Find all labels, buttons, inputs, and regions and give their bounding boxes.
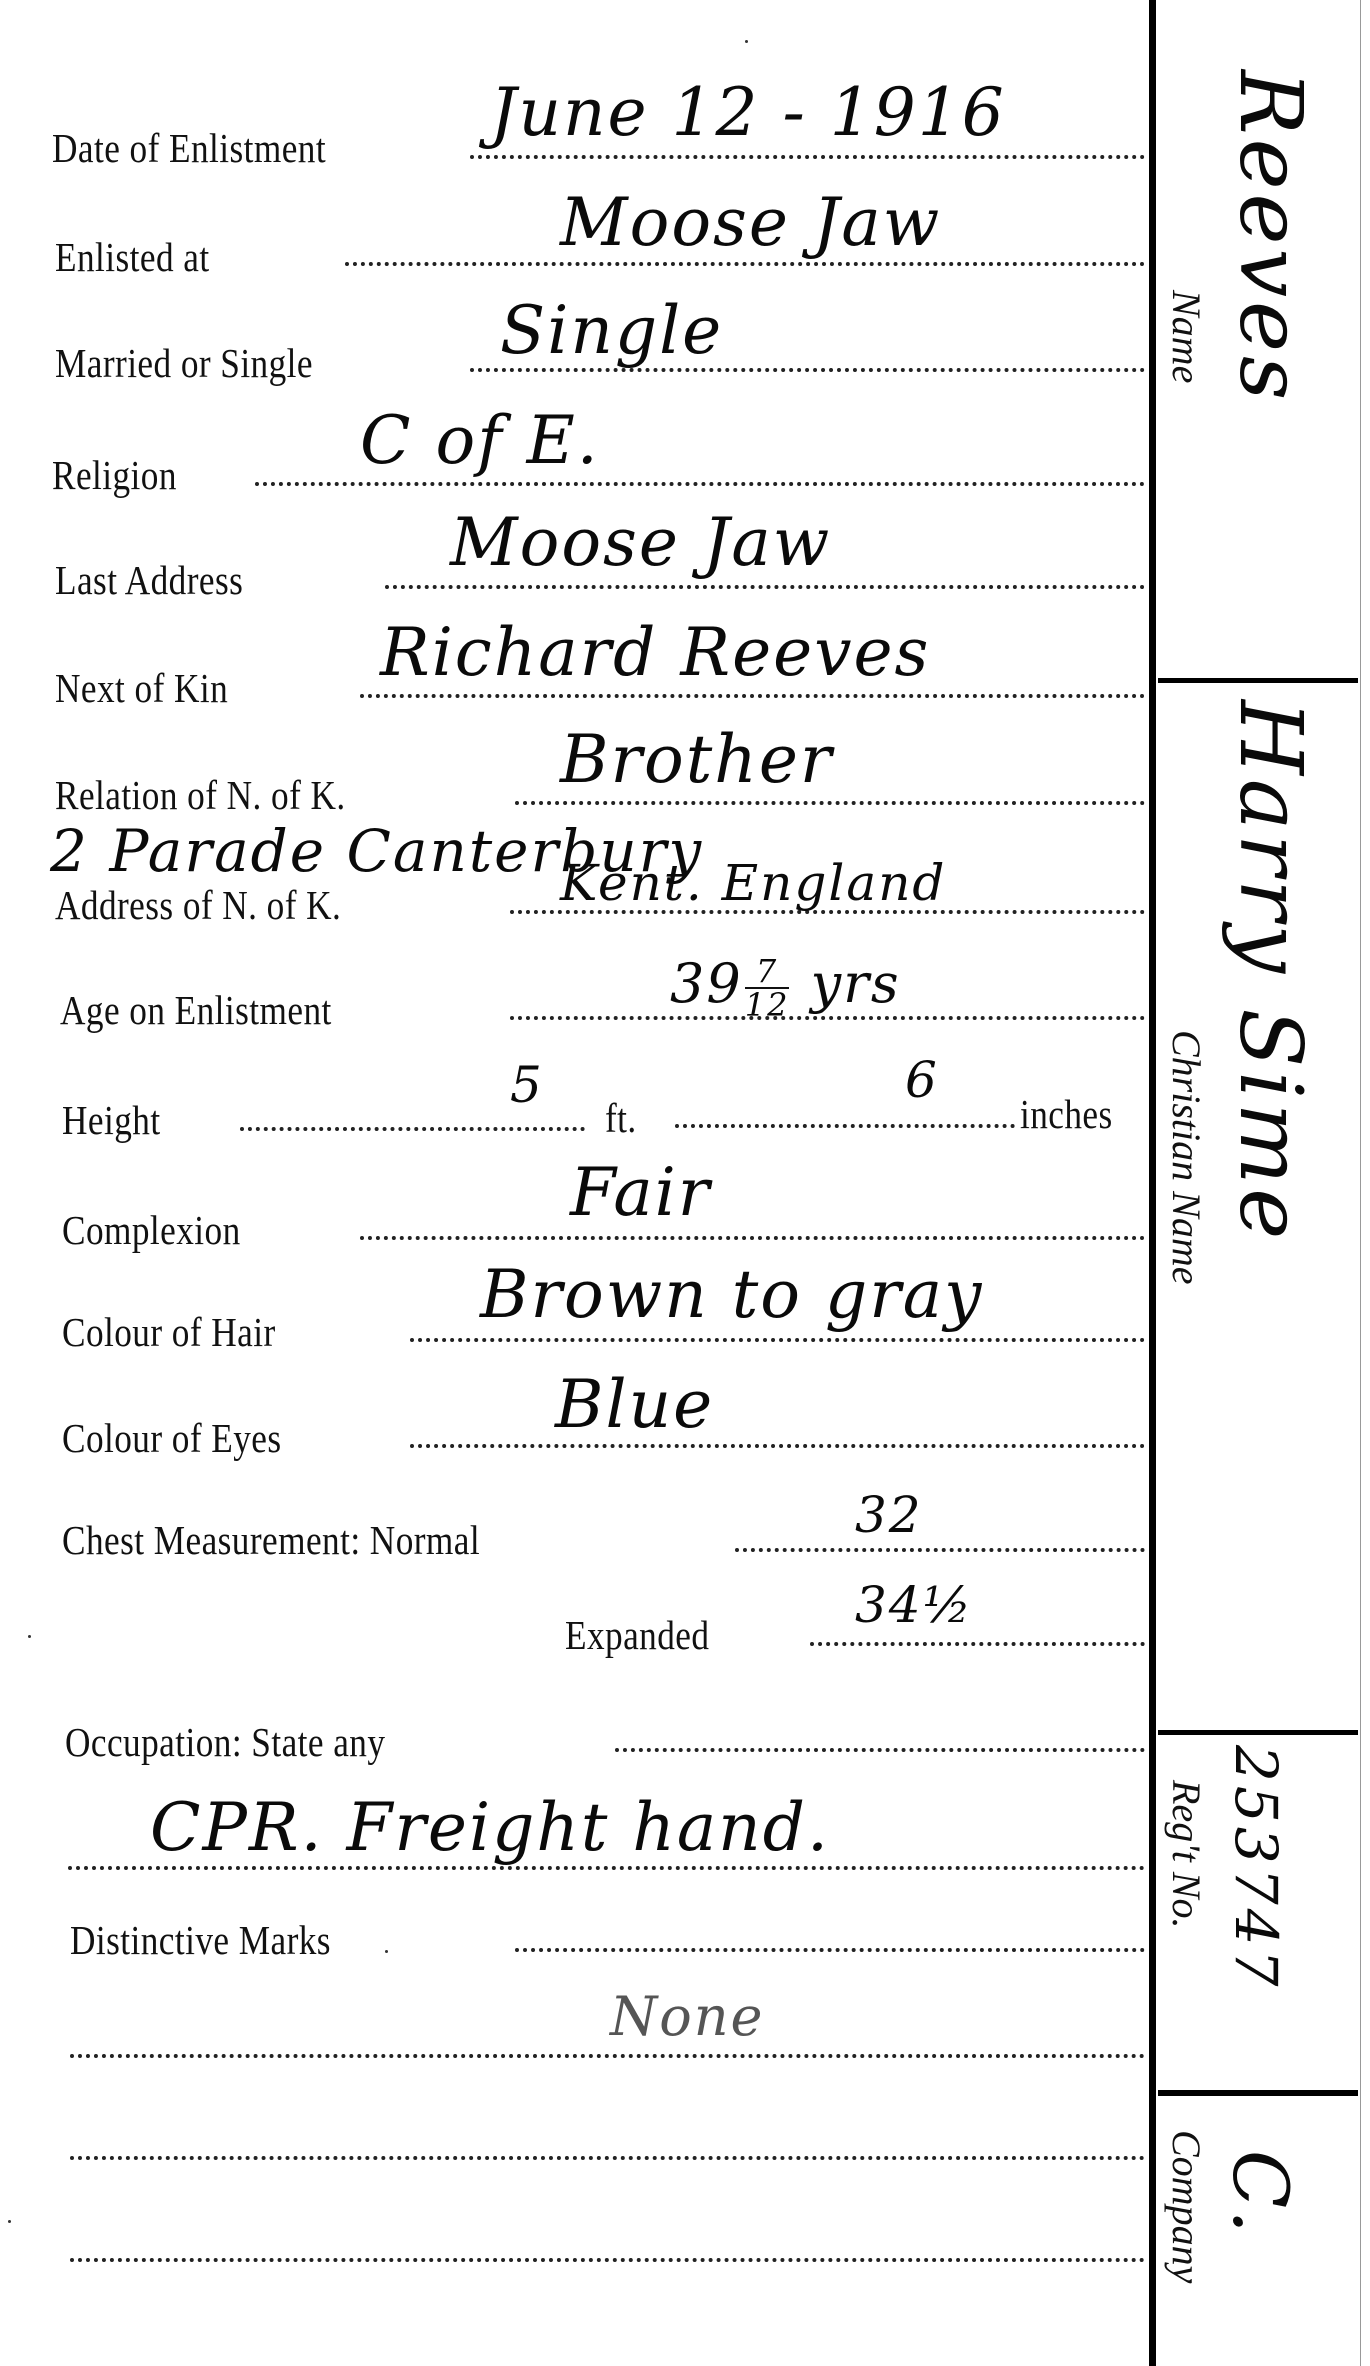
height-label: Height xyxy=(62,1100,161,1141)
enlisted-at-label: Enlisted at xyxy=(55,237,210,278)
age-fraction-numerator: 7 xyxy=(745,955,790,989)
age-on-enlistment-label: Age on Enlistment xyxy=(60,990,332,1031)
married-or-single-label: Married or Single xyxy=(55,343,313,384)
address-of-nok-label: Address of N. of K. xyxy=(55,885,341,926)
next-of-kin-line xyxy=(360,694,1145,698)
married-or-single-value: Single xyxy=(500,298,723,364)
height-feet-unit: ft. xyxy=(605,1098,637,1139)
scan-speck xyxy=(385,1950,388,1953)
relation-of-nok-label: Relation of N. of K. xyxy=(55,775,346,816)
age-fraction: 712 xyxy=(745,955,790,1021)
colour-of-eyes-value: Blue xyxy=(555,1372,714,1438)
complexion-line xyxy=(360,1236,1145,1240)
age-whole: 39 xyxy=(670,952,743,1015)
last-address-value: Moose Jaw xyxy=(450,510,831,576)
next-of-kin-label: Next of Kin xyxy=(55,668,228,709)
age-fraction-denominator: 12 xyxy=(745,989,790,1021)
regt-no-label: Reg't No. xyxy=(1163,1780,1210,1929)
scan-speck xyxy=(745,40,748,43)
religion-line xyxy=(255,482,1145,486)
date-of-enlistment-line xyxy=(470,155,1145,159)
scan-speck xyxy=(8,2220,11,2223)
height-inches-line xyxy=(675,1124,1015,1128)
chest-normal-label: Chest Measurement: Normal xyxy=(62,1520,480,1561)
company-label: Company xyxy=(1163,2130,1210,2283)
colour-of-eyes-label: Colour of Eyes xyxy=(62,1418,282,1459)
height-feet-value: 5 xyxy=(510,1060,544,1110)
enlisted-at-value: Moose Jaw xyxy=(560,190,941,256)
chest-normal-line xyxy=(735,1548,1145,1552)
name-label: Name xyxy=(1163,290,1210,383)
distinctive-marks-label: Distinctive Marks xyxy=(70,1920,331,1961)
divider-name-christian xyxy=(1158,678,1358,683)
christian-name-value: Harry Sime xyxy=(1220,700,1320,1243)
religion-label: Religion xyxy=(52,455,177,496)
chest-normal-value: 32 xyxy=(855,1490,923,1540)
colour-of-hair-line xyxy=(410,1338,1145,1342)
height-inches-unit: inches xyxy=(1020,1094,1113,1135)
scan-speck xyxy=(28,1635,31,1638)
age-unit: yrs xyxy=(811,952,901,1015)
enlisted-at-line xyxy=(345,262,1145,266)
distinctive-marks-value: None xyxy=(610,1990,765,2044)
date-of-enlistment-value: June 12 - 1916 xyxy=(490,80,1006,146)
complexion-label: Complexion xyxy=(62,1210,241,1251)
colour-of-hair-value: Brown to gray xyxy=(480,1262,983,1328)
relation-of-nok-value: Brother xyxy=(560,727,833,793)
name-value: Reeves xyxy=(1220,70,1320,404)
distinctive-marks-line-4 xyxy=(70,2258,1145,2262)
right-edge-rule xyxy=(1360,0,1361,2366)
company-value: C. xyxy=(1216,2150,1305,2238)
christian-name-label: Christian Name xyxy=(1163,1030,1210,1284)
occupation-line-2 xyxy=(68,1866,1145,1870)
age-on-enlistment-value: 39712 yrs xyxy=(670,955,901,1021)
next-of-kin-value: Richard Reeves xyxy=(380,620,930,686)
occupation-label: Occupation: State any xyxy=(65,1722,385,1763)
last-address-line xyxy=(385,585,1145,589)
religion-value: C of E. xyxy=(360,408,600,474)
regt-no-value: 253747 xyxy=(1222,1745,1290,1990)
colour-of-eyes-line xyxy=(410,1444,1145,1448)
height-feet-line xyxy=(240,1127,585,1131)
divider-regt-company xyxy=(1158,2090,1358,2096)
divider-christian-regt xyxy=(1158,1730,1358,1735)
distinctive-marks-line-1 xyxy=(515,1948,1145,1952)
main-vertical-rule xyxy=(1149,0,1156,2366)
chest-expanded-label: Expanded xyxy=(565,1615,709,1656)
last-address-label: Last Address xyxy=(55,560,243,601)
chest-expanded-fraction: ½ xyxy=(923,1576,973,1634)
date-of-enlistment-label: Date of Enlistment xyxy=(52,128,326,169)
chest-expanded-line xyxy=(810,1642,1145,1646)
height-inches-value: 6 xyxy=(905,1055,939,1105)
colour-of-hair-label: Colour of Hair xyxy=(62,1312,276,1353)
occupation-line-1 xyxy=(615,1748,1145,1752)
chest-expanded-value: 34½ xyxy=(855,1580,973,1630)
complexion-value: Fair xyxy=(570,1160,711,1226)
distinctive-marks-line-2 xyxy=(70,2054,1145,2058)
distinctive-marks-line-3 xyxy=(70,2156,1145,2160)
relation-of-nok-line xyxy=(515,801,1145,805)
occupation-value: CPR. Freight hand. xyxy=(150,1795,830,1861)
chest-expanded-whole: 34 xyxy=(855,1576,923,1634)
address-of-nok-value-line2: Kent. England xyxy=(560,858,946,908)
